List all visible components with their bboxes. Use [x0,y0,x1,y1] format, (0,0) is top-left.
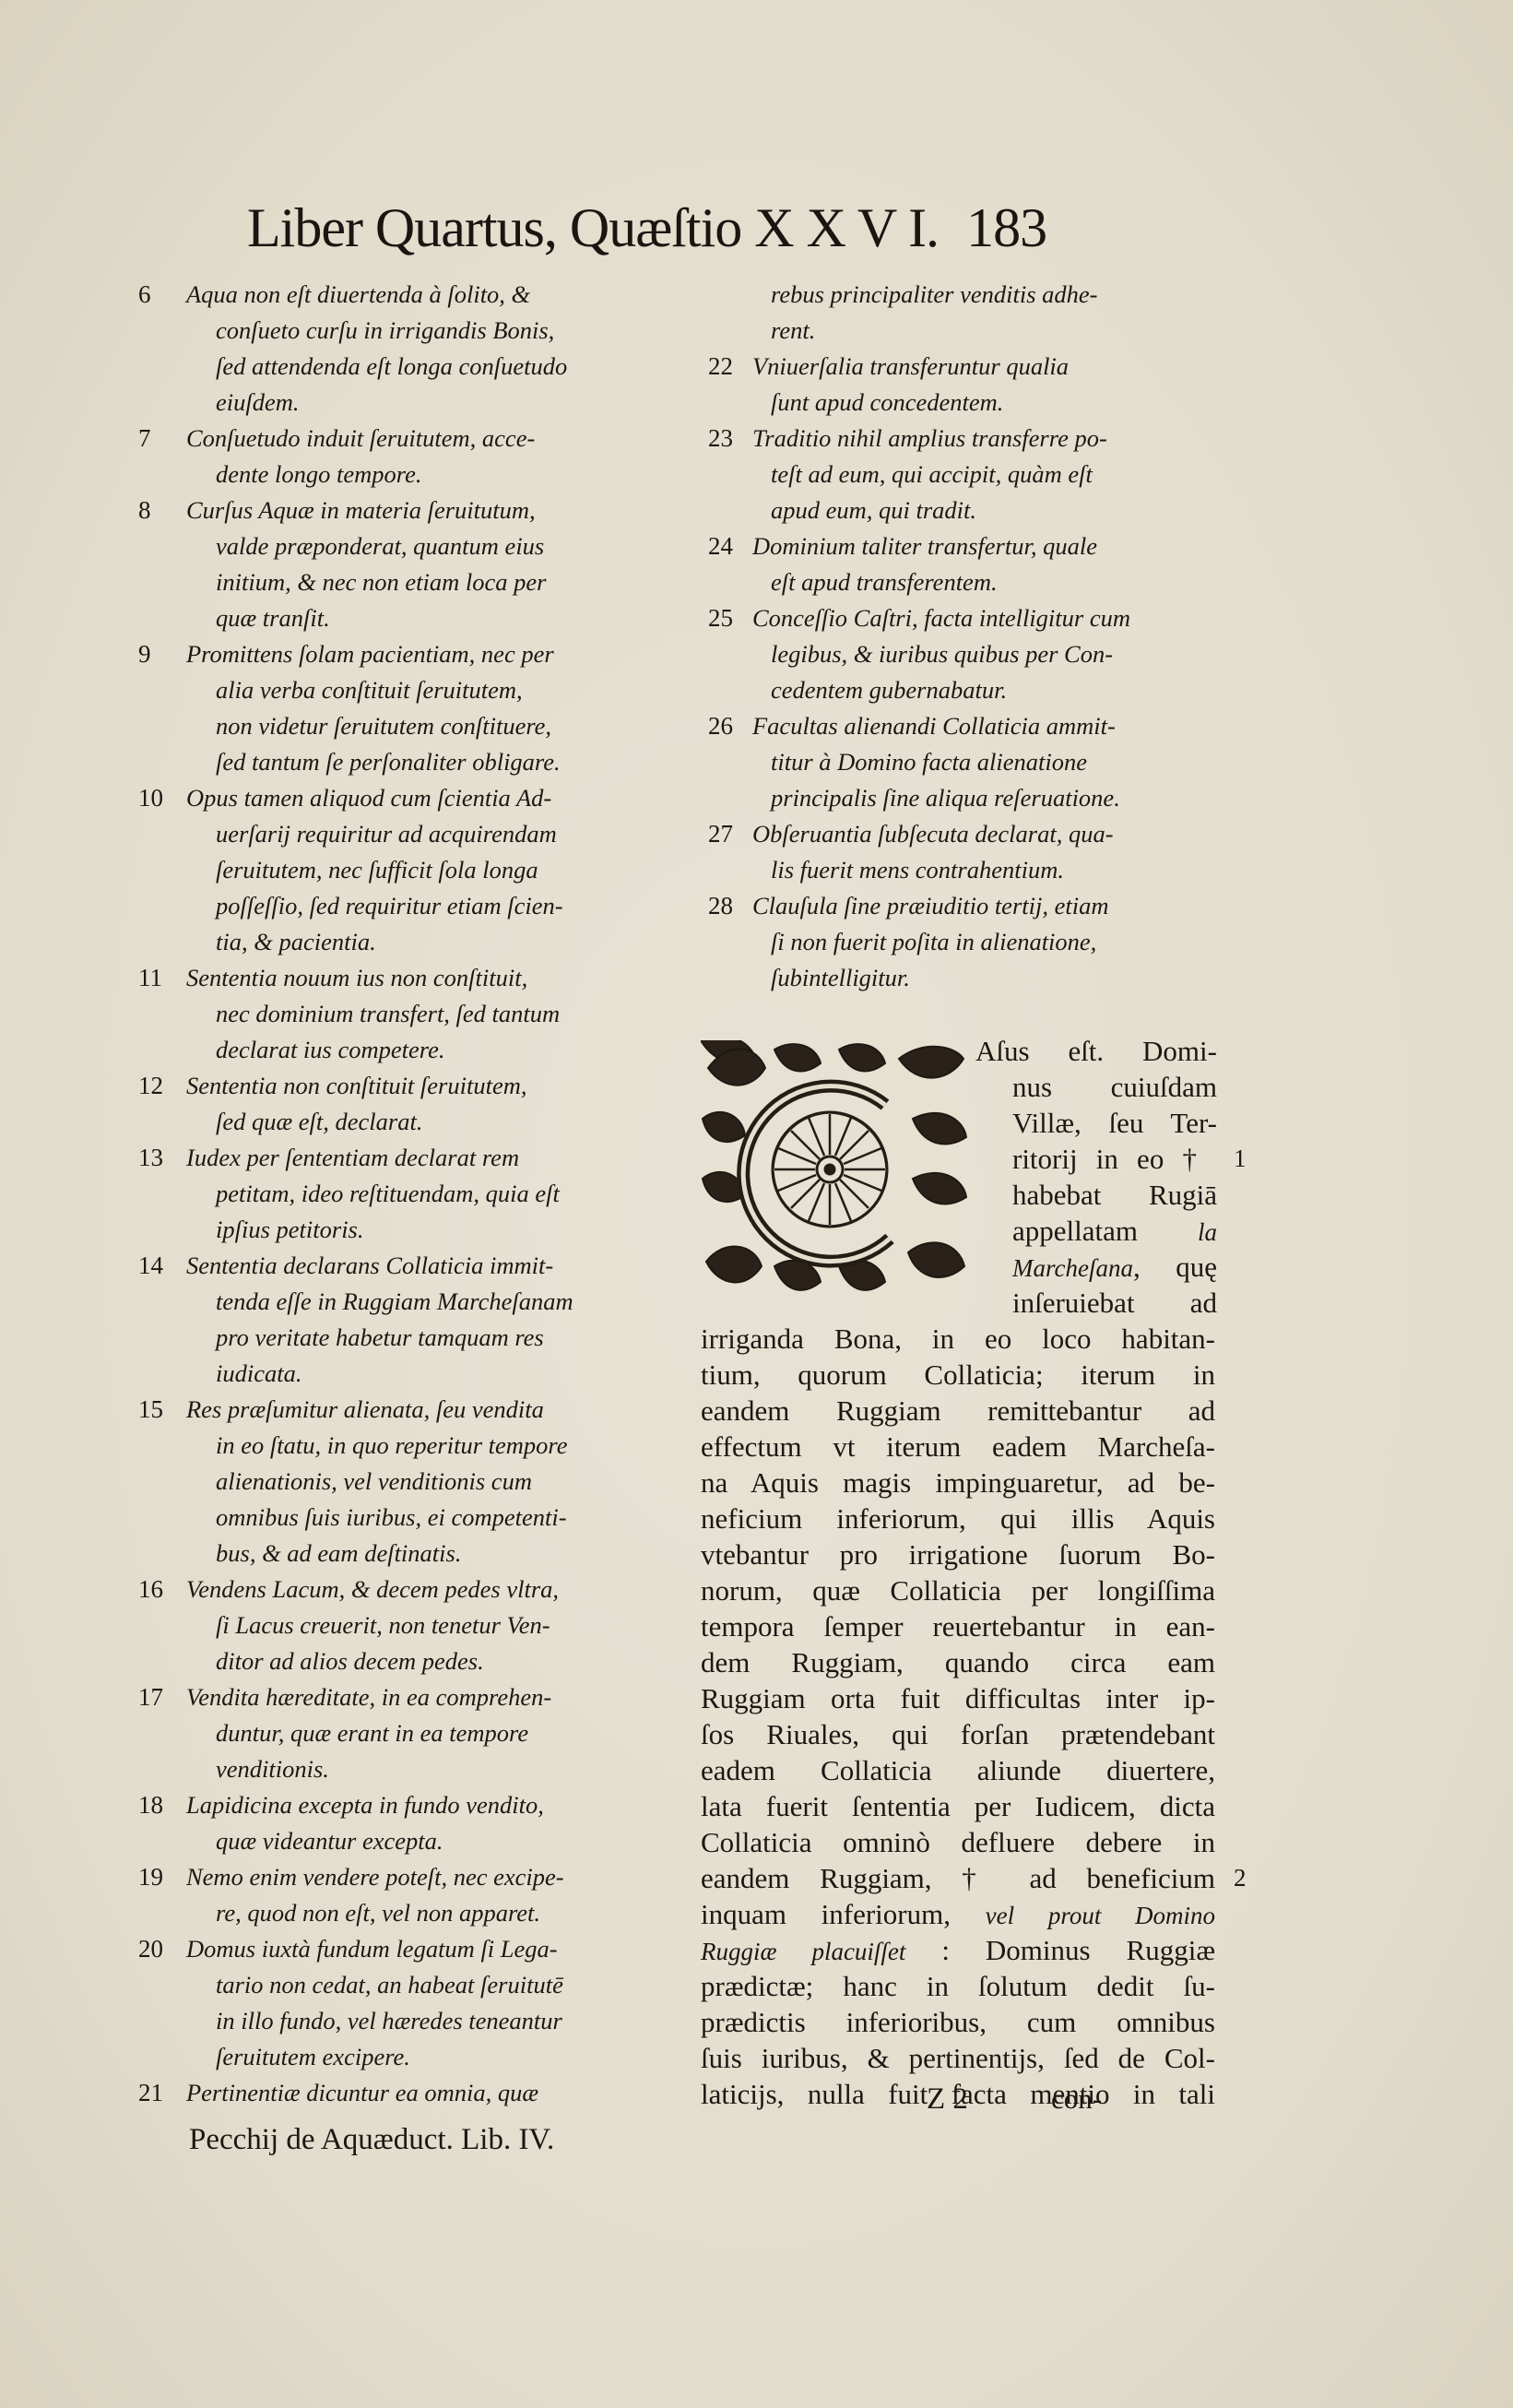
summary-line: poſſeſſio, ſed requiritur etiam ſcien- [138,888,673,924]
summary-number: 14 [138,1248,186,1284]
summary-item: 15Res præſumitur alienata, ſeu venditain… [138,1392,673,1572]
summary-number: 11 [138,960,186,996]
summary-line: non videtur ſeruitutem conſtituere, [138,708,673,744]
summary-line: Facultas alienandi Collaticia ammit- [708,708,1224,744]
decorated-initial-c-icon [701,1040,970,1300]
summary-line: apud eum, qui tradit. [708,492,1224,528]
summary-line: Vniuerſalia transferuntur qualia [708,349,1224,385]
summary-item: 14Sententia declarans Collaticia immit-t… [138,1248,673,1392]
summary-item: 27Obſeruantia ſubſecuta declarat, qua-li… [708,816,1224,888]
body-text-fragment: inquam inferiorum, [701,1898,951,1930]
body-line: Villæ, ſeu Ter- [1012,1105,1217,1141]
summary-line: re, quod non eſt, vel non apparet. [138,1895,673,1931]
italic-fragment: Ruggiæ placuiſſet [701,1938,905,1965]
summary-line: Conſuetudo induit ſeruitutem, acce- [138,421,673,457]
body-line: vtebantur pro irrigatione ſuorum Bo- [701,1536,1215,1572]
summary-number: 21 [138,2075,186,2111]
summary-item: 23Traditio nihil amplius transferre po-t… [708,421,1224,528]
summary-number: 13 [138,1140,186,1176]
summary-column-right: rebus principaliter venditis adhe- rent.… [708,277,1224,996]
body-line: tium, quorum Collaticia; iterum in [701,1357,1215,1393]
summary-line: Curſus Aquæ in materia ſeruitutum, [138,492,673,528]
summary-item: 22Vniuerſalia transferuntur qualiaſunt a… [708,349,1224,421]
summary-number: 6 [138,277,186,313]
body-line: nus cuiuſdam [1012,1069,1217,1105]
body-line: inſeruiebat ad [1012,1285,1217,1321]
summary-line: ſeruitutem, nec ſufficit ſola longa [138,852,673,888]
summary-item: 19Nemo enim vendere poteſt, nec excipe-r… [138,1859,673,1931]
summary-item: 10Opus tamen aliquod cum ſcientia Ad-uer… [138,780,673,960]
summary-line: valde præponderat, quantum eius [138,528,673,564]
summary-line: titur à Domino facta alienatione [708,744,1224,780]
summary-line: iudicata. [138,1356,673,1392]
body-line: na Aquis magis impinguaretur, ad be- [701,1465,1215,1501]
page-footer-catchword: Pecchij de Aquæduct. Lib. IV. [189,2121,554,2158]
summary-number: 20 [138,1931,186,1967]
summary-line: legibus, & iuribus quibus per Con- [708,636,1224,672]
summary-line: ſed attendenda eſt longa conſuetudo [138,349,673,385]
body-line: eandem Ruggiam remittebantur ad [701,1393,1215,1429]
summary-item: 8Curſus Aquæ in materia ſeruitutum,valde… [138,492,673,636]
summary-line: Traditio nihil amplius transferre po- [708,421,1224,457]
summary-line: Pertinentiæ dicuntur ea omnia, quæ [138,2075,673,2111]
body-line: tempora ſemper reuertebantur in ean- [701,1608,1215,1644]
summary-item: 28Clauſula ſine præiuditio tertij, etiam… [708,888,1224,996]
summary-line: rebus principaliter venditis adhe- [708,277,1224,313]
summary-line: ſunt apud concedentem. [708,385,1224,421]
summary-line: teſt ad eum, qui accipit, quàm eſt [708,457,1224,492]
summary-line: nec dominium transfert, ſed tantum [138,996,673,1032]
summary-line: tenda eſſe in Ruggiam Marcheſanam [138,1284,673,1320]
summary-item: 20Domus iuxtà fundum legatum ſi Lega-tar… [138,1931,673,2075]
summary-line: Sententia non conſtituit ſeruitutem, [138,1068,673,1104]
running-head: Liber Quartus, Quæſtio X X V I.183 [247,196,1169,260]
body-line: inquam inferiorum, vel prout Domino [701,1896,1215,1934]
summary-line: lis fuerit mens contrahentium. [708,852,1224,888]
summary-line: ſubintelligitur. [708,960,1224,996]
summary-line: Obſeruantia ſubſecuta declarat, qua- [708,816,1224,852]
summary-line: Sententia declarans Collaticia immit- [138,1248,673,1284]
summary-number: 12 [138,1068,186,1104]
body-line: prædictæ; hanc in ſolutum dedit ſu- [701,1968,1215,2004]
summary-line: Sententia nouum ius non conſtituit, [138,960,673,996]
summary-column-left: 6Aqua non eſt diuertenda à ſolito, &conſ… [138,277,673,2111]
summary-line: eſt apud transferentem. [708,564,1224,600]
summary-number: 27 [708,816,754,852]
summary-line: Vendens Lacum, & decem pedes vltra, [138,1572,673,1607]
summary-line: Domus iuxtà fundum legatum ſi Lega- [138,1931,673,1967]
summary-item: 24Dominium taliter transfertur, qualeeſt… [708,528,1224,600]
summary-number: 15 [138,1392,186,1428]
summary-line: ditor ad alios decem pedes. [138,1643,673,1679]
italic-fragment: la [1198,1218,1217,1246]
body-line: dem Ruggiam, quando circa eam [701,1644,1215,1680]
book-page: Liber Quartus, Quæſtio X X V I.183 6Aqua… [0,0,1513,2408]
summary-line: cedentem gubernabatur. [708,672,1224,708]
summary-line: in eo ſtatu, in quo reperitur tempore [138,1428,673,1464]
body-line: Collaticia omninò defluere debere in [701,1824,1215,1860]
body-line: habebat Rugiā [1012,1177,1217,1213]
summary-number: 8 [138,492,186,528]
summary-line: conſueto curſu in irrigandis Bonis, [138,313,673,349]
body-line: Aſus eſt. Domi- [975,1033,1217,1069]
body-line: Marcheſana, quę [1012,1249,1217,1287]
body-line: norum, quæ Collaticia per longiſſima [701,1572,1215,1608]
summary-line: rent. [708,313,1224,349]
summary-line: ſi non fuerit poſita in alienatione, [708,924,1224,960]
summary-line: ſeruitutem excipere. [138,2039,673,2075]
summary-number: 17 [138,1679,186,1715]
folio-number: 183 [966,197,1046,258]
summary-number: 9 [138,636,186,672]
catchword: con- [1051,2081,1102,2117]
summary-line: dente longo tempore. [138,457,673,492]
summary-line: quæ tranſit. [138,600,673,636]
summary-line: pro veritate habetur tamquam res [138,1320,673,1356]
summary-item: 13Iudex per ſententiam declarat rempetit… [138,1140,673,1248]
summary-item: 11Sententia nouum ius non conſtituit,nec… [138,960,673,1068]
summary-line: initium, & nec non etiam loca per [138,564,673,600]
summary-number: 25 [708,600,754,636]
summary-item: 17Vendita hæreditate, in ea comprehen-du… [138,1679,673,1787]
summary-number: 7 [138,421,186,457]
body-line: ſos Riuales, qui forſan prætendebant [701,1716,1215,1752]
summary-item: 9Promittens ſolam pacientiam, nec perali… [138,636,673,780]
body-line: lata fuerit ſententia per Iudicem, dicta [701,1788,1215,1824]
body-line: eadem Collaticia aliunde diuertere, [701,1752,1215,1788]
summary-line: venditionis. [138,1751,673,1787]
summary-line: Promittens ſolam pacientiam, nec per [138,636,673,672]
summary-line: omnibus ſuis iuribus, ei competenti- [138,1500,673,1536]
italic-fragment: vel prout Domino [986,1902,1215,1929]
summary-line: eiuſdem. [138,385,673,421]
summary-number: 18 [138,1787,186,1823]
summary-item: 7Conſuetudo induit ſeruitutem, acce-dent… [138,421,673,492]
summary-line: duntur, quæ erant in ea tempore [138,1715,673,1751]
body-line: Ruggiam orta fuit difficultas inter ip- [701,1680,1215,1716]
summary-line: alienationis, vel venditionis cum [138,1464,673,1500]
summary-line: bus, & ad eam deſtinatis. [138,1536,673,1572]
summary-number: 22 [708,349,754,385]
summary-line: quæ videantur excepta. [138,1823,673,1859]
body-line: ritorij in eo † [1012,1141,1197,1177]
summary-line: uerſarij requiritur ad acquirendam [138,816,673,852]
summary-line: Conceſſio Caſtri, facta intelligitur cum [708,600,1224,636]
margin-reference-1: 1 [1234,1141,1247,1177]
body-line: ſuis iuribus, & pertinentijs, ſed de Col… [701,2040,1215,2076]
summary-line: tario non cedat, an habeat ſeruitutē [138,1967,673,2003]
summary-line: Iudex per ſententiam declarat rem [138,1140,673,1176]
summary-line: ſi Lacus creuerit, non tenetur Ven- [138,1607,673,1643]
summary-line: ſed quæ eſt, declarat. [138,1104,673,1140]
summary-line: alia verba conſtituit ſeruitutem, [138,672,673,708]
summary-line: petitam, ideo reſtituendam, quia eſt [138,1176,673,1212]
summary-line: Clauſula ſine præiuditio tertij, etiam [708,888,1224,924]
summary-21-continuation: rebus principaliter venditis adhe- rent. [708,277,1224,349]
body-line: neficium inferiorum, qui illis Aquis [701,1501,1215,1536]
summary-line: Lapidicina excepta in fundo vendito, [138,1787,673,1823]
body-text-fragment: : Dominus Ruggiæ [941,1934,1215,1966]
summary-line: in illo fundo, vel hæredes teneantur [138,2003,673,2039]
summary-item: 25Conceſſio Caſtri, facta intelligitur c… [708,600,1224,708]
summary-line: declarat ius competere. [138,1032,673,1068]
summary-item: 21Pertinentiæ dicuntur ea omnia, quæ [138,2075,673,2111]
summary-line: tia, & pacientia. [138,924,673,960]
summary-line: Opus tamen aliquod cum ſcientia Ad- [138,780,673,816]
margin-reference-2: 2 [1234,1860,1247,1896]
body-line: appellatam laappellatam la [1012,1213,1217,1251]
summary-number: 28 [708,888,754,924]
summary-line: Vendita hæreditate, in ea comprehen- [138,1679,673,1715]
summary-item: 18Lapidicina excepta in fundo vendito,qu… [138,1787,673,1859]
body-line: eandem Ruggiam, † ad beneficium [701,1860,1215,1896]
signature-mark: Z 2 [927,2081,968,2117]
body-line: Ruggiæ placuiſſet : Dominus Ruggiæ [701,1932,1215,1970]
summary-item: 6Aqua non eſt diuertenda à ſolito, &conſ… [138,277,673,421]
body-line: prædictis inferioribus, cum omnibus [701,2004,1215,2040]
summary-number: 23 [708,421,754,457]
summary-number: 24 [708,528,754,564]
summary-item: 26Facultas alienandi Collaticia ammit-ti… [708,708,1224,816]
summary-line: Dominium taliter transfertur, quale [708,528,1224,564]
body-line: effectum vt iterum eadem Marcheſa- [701,1429,1215,1465]
summary-line: Res præſumitur alienata, ſeu vendita [138,1392,673,1428]
summary-item: 12Sententia non conſtituit ſeruitutem,ſe… [138,1068,673,1140]
italic-fragment: Marcheſana [1012,1254,1133,1282]
summary-line: Aqua non eſt diuertenda à ſolito, & [138,277,673,313]
summary-line: ſed tantum ſe perſonaliter obligare. [138,744,673,780]
summary-item: 16Vendens Lacum, & decem pedes vltra,ſi … [138,1572,673,1679]
summary-number: 19 [138,1859,186,1895]
running-head-title: Liber Quartus, Quæſtio X X V I. [247,197,939,258]
body-line: irriganda Bona, in eo loco habitan- [701,1321,1215,1357]
summary-line: ipſius petitoris. [138,1212,673,1248]
summary-line: Nemo enim vendere poteſt, nec excipe- [138,1859,673,1895]
summary-number: 26 [708,708,754,744]
summary-number: 16 [138,1572,186,1607]
summary-number: 10 [138,780,186,816]
summary-line: principalis ſine aliqua reſeruatione. [708,780,1224,816]
